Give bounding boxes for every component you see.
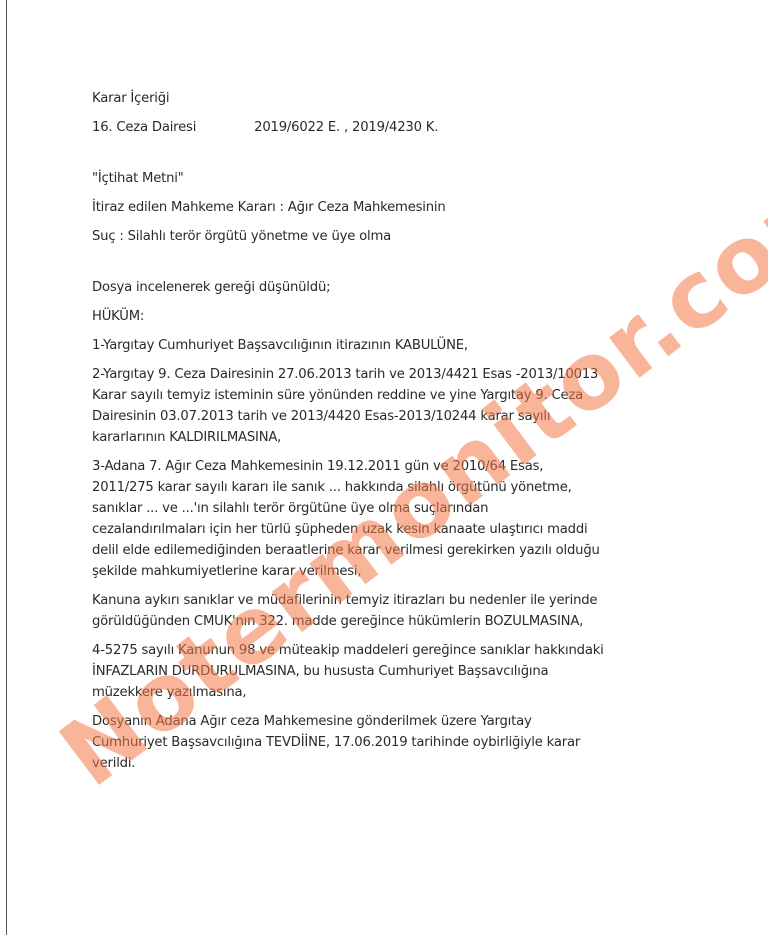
document-body: Karar İçeriği 16. Ceza Dairesi2019/6022 … bbox=[92, 88, 722, 782]
verdict-paragraph: Kanuna aykırı sanıklar ve müdafilerinin … bbox=[92, 590, 722, 632]
paragraph-line: İNFAZLARIN DURDURULMASINA, bu hususta Cu… bbox=[92, 661, 722, 682]
verdict-paragraph: 1-Yargıtay Cumhuriyet Başsavcılığının it… bbox=[92, 335, 722, 356]
case-number: 2019/6022 E. , 2019/4230 K. bbox=[254, 120, 438, 135]
verdict-paragraph: 2-Yargıtay 9. Ceza Dairesinin 27.06.2013… bbox=[92, 364, 722, 448]
verdict-label: HÜKÜM: bbox=[92, 306, 722, 327]
paragraph-line: 2011/275 karar sayılı kararı ile sanık .… bbox=[92, 477, 722, 498]
page-left-border bbox=[6, 0, 7, 935]
paragraph-line: cezalandırılmaları için her türlü şüphed… bbox=[92, 519, 722, 540]
paragraph-line: sanıklar ... ve ...'ın silahlı terör örg… bbox=[92, 498, 722, 519]
paragraph-line: 3-Adana 7. Ağır Ceza Mahkemesinin 19.12.… bbox=[92, 456, 722, 477]
paragraph-line: Dairesinin 03.07.2013 tarih ve 2013/4420… bbox=[92, 406, 722, 427]
paragraph-line: müzekkere yazılmasına, bbox=[92, 682, 722, 703]
review-line: Dosya incelenerek gereği düşünüldü; bbox=[92, 277, 722, 298]
paragraph-line: verildi. bbox=[92, 753, 722, 774]
verdict-paragraph: 3-Adana 7. Ağır Ceza Mahkemesinin 19.12.… bbox=[92, 456, 722, 582]
paragraph-line: delil elde edilemediğinden beraatlerine … bbox=[92, 540, 722, 561]
appealed-decision: İtiraz edilen Mahkeme Kararı : Ağır Ceza… bbox=[92, 197, 722, 218]
paragraph-line: Kanuna aykırı sanıklar ve müdafilerinin … bbox=[92, 590, 722, 611]
text-title: "İçtihat Metni" bbox=[92, 168, 722, 189]
verdict-paragraph: 4-5275 sayılı Kanunun 98 ve müteakip mad… bbox=[92, 640, 722, 703]
paragraph-line: şekilde mahkumiyetlerine karar verilmesi… bbox=[92, 561, 722, 582]
paragraph-line: 2-Yargıtay 9. Ceza Dairesinin 27.06.2013… bbox=[92, 364, 722, 385]
crime-line: Suç : Silahlı terör örgütü yönetme ve üy… bbox=[92, 226, 722, 247]
paragraph-line: Dosyanın Adana Ağır ceza Mahkemesine gön… bbox=[92, 711, 722, 732]
paragraph-line: görüldüğünden CMUK'nın 322. madde gereği… bbox=[92, 611, 722, 632]
paragraph-line: kararlarının KALDIRILMASINA, bbox=[92, 427, 722, 448]
paragraph-line: Karar sayılı temyiz isteminin süre yönün… bbox=[92, 385, 722, 406]
document-heading: Karar İçeriği bbox=[92, 88, 722, 109]
paragraph-line: 1-Yargıtay Cumhuriyet Başsavcılığının it… bbox=[92, 335, 722, 356]
verdict-paragraphs: 1-Yargıtay Cumhuriyet Başsavcılığının it… bbox=[92, 335, 722, 774]
case-info: 16. Ceza Dairesi2019/6022 E. , 2019/4230… bbox=[92, 117, 722, 138]
paragraph-line: Cumhuriyet Başsavcılığına TEVDİİNE, 17.0… bbox=[92, 732, 722, 753]
paragraph-line: 4-5275 sayılı Kanunun 98 ve müteakip mad… bbox=[92, 640, 722, 661]
chamber-name: 16. Ceza Dairesi bbox=[92, 120, 196, 135]
verdict-paragraph: Dosyanın Adana Ağır ceza Mahkemesine gön… bbox=[92, 711, 722, 774]
